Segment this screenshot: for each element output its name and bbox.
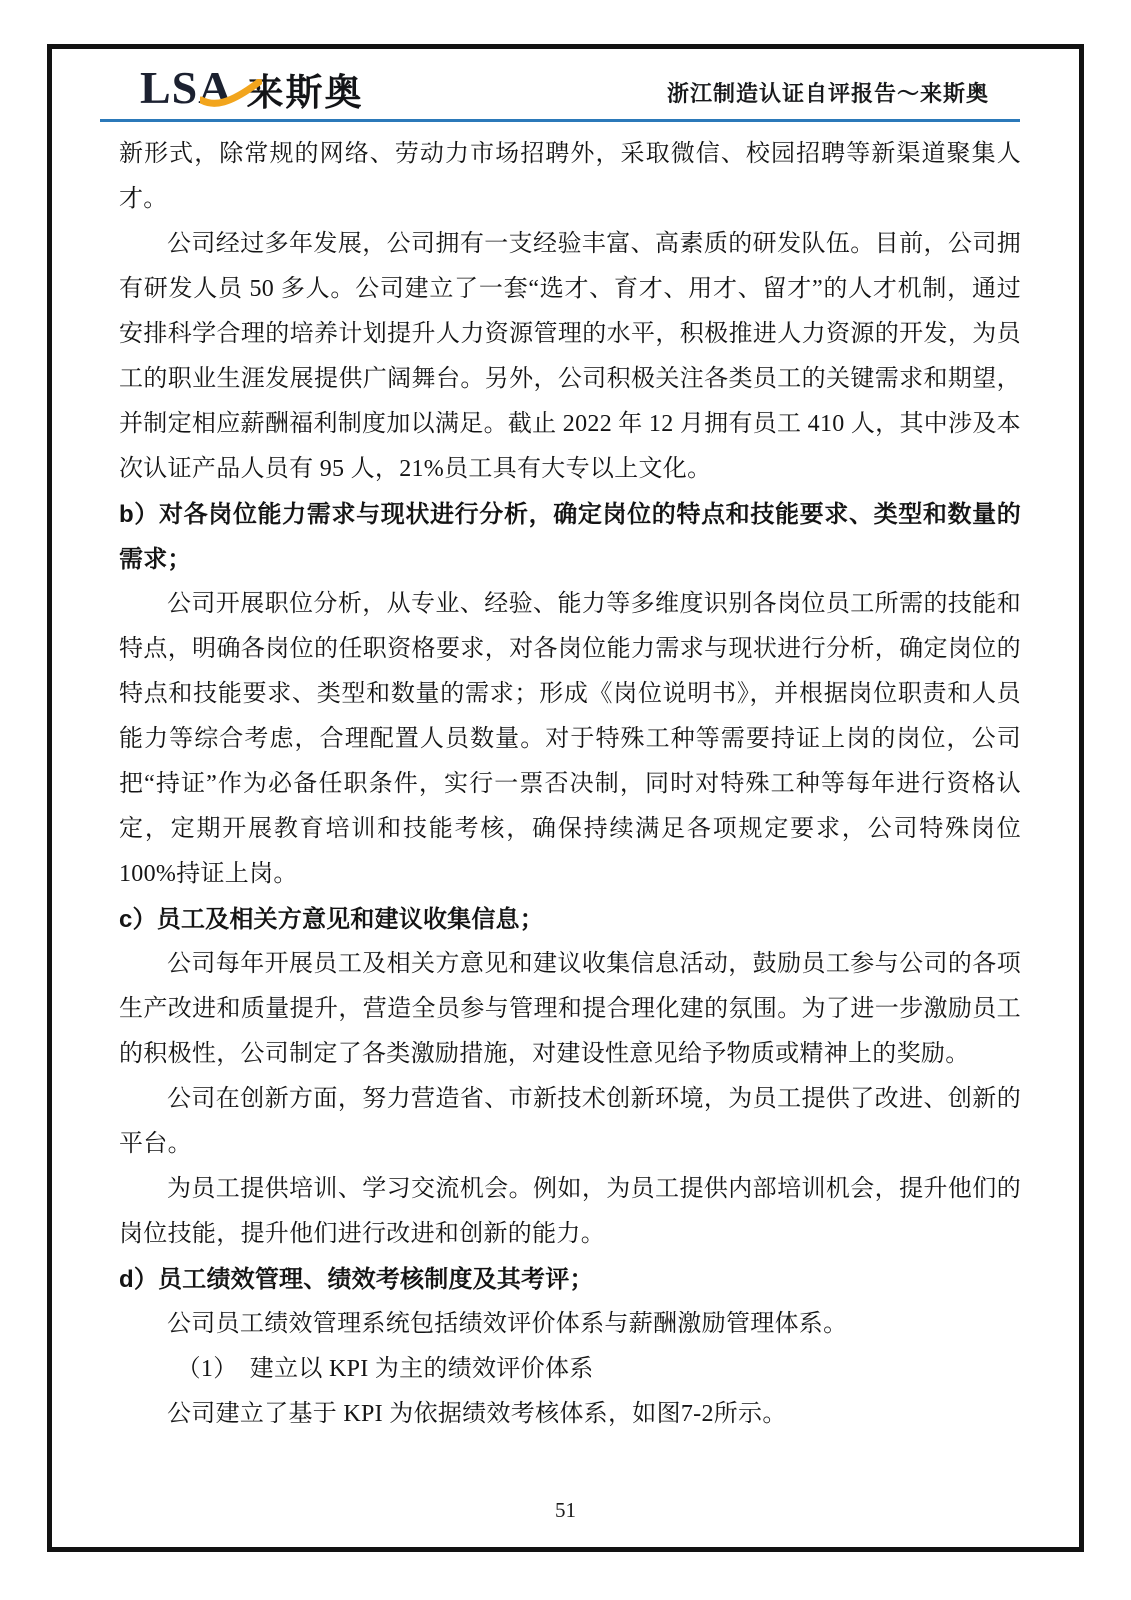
body-content: 新形式，除常规的网络、劳动力市场招聘外，采取微信、校园招聘等新渠道聚集人才。 公…: [119, 132, 1021, 1437]
header-divider: [100, 119, 1020, 122]
logo-lsa-text: LSA: [140, 65, 232, 111]
section-heading-d: d）员工绩效管理、绩效考核制度及其考评；: [119, 1257, 1021, 1302]
logo-lsa-letters: LSA: [140, 62, 232, 113]
section-heading-b: b）对各岗位能力需求与现状进行分析，确定岗位的特点和技能要求、类型和数量的需求；: [119, 492, 1021, 582]
list-item-1: （1） 建立以 KPI 为主的绩效评价体系: [119, 1347, 1021, 1392]
page-header: LSA 来斯奥 浙江制造认证自评报告～来斯奥: [52, 49, 1079, 139]
paragraph: 公司开展职位分析，从专业、经验、能力等多维度识别各岗位员工所需的技能和特点，明确…: [119, 582, 1021, 897]
paragraph: 公司在创新方面，努力营造省、市新技术创新环境，为员工提供了改进、创新的平台。: [119, 1077, 1021, 1167]
paragraph: 公司每年开展员工及相关方意见和建议收集信息活动，鼓励员工参与公司的各项生产改进和…: [119, 942, 1021, 1077]
logo-chinese-text: 来斯奥: [246, 74, 363, 111]
section-heading-c: c）员工及相关方意见和建议收集信息；: [119, 897, 1021, 942]
document-page: LSA 来斯奥 浙江制造认证自评报告～来斯奥 新形式，除常规的网络、劳动力市场招…: [0, 0, 1131, 1600]
page-number: 51: [0, 1498, 1131, 1523]
paragraph-continuation: 新形式，除常规的网络、劳动力市场招聘外，采取微信、校园招聘等新渠道聚集人才。: [119, 132, 1021, 222]
paragraph: 公司建立了基于 KPI 为依据绩效考核体系，如图7-2所示。: [119, 1392, 1021, 1437]
company-logo: LSA 来斯奥: [140, 65, 363, 111]
report-title: 浙江制造认证自评报告～来斯奥: [667, 77, 989, 108]
paragraph: 公司经过多年发展，公司拥有一支经验丰富、高素质的研发队伍。目前，公司拥有研发人员…: [119, 222, 1021, 492]
paragraph: 公司员工绩效管理系统包括绩效评价体系与薪酬激励管理体系。: [119, 1302, 1021, 1347]
paragraph: 为员工提供培训、学习交流机会。例如，为员工提供内部培训机会，提升他们的岗位技能，…: [119, 1167, 1021, 1257]
